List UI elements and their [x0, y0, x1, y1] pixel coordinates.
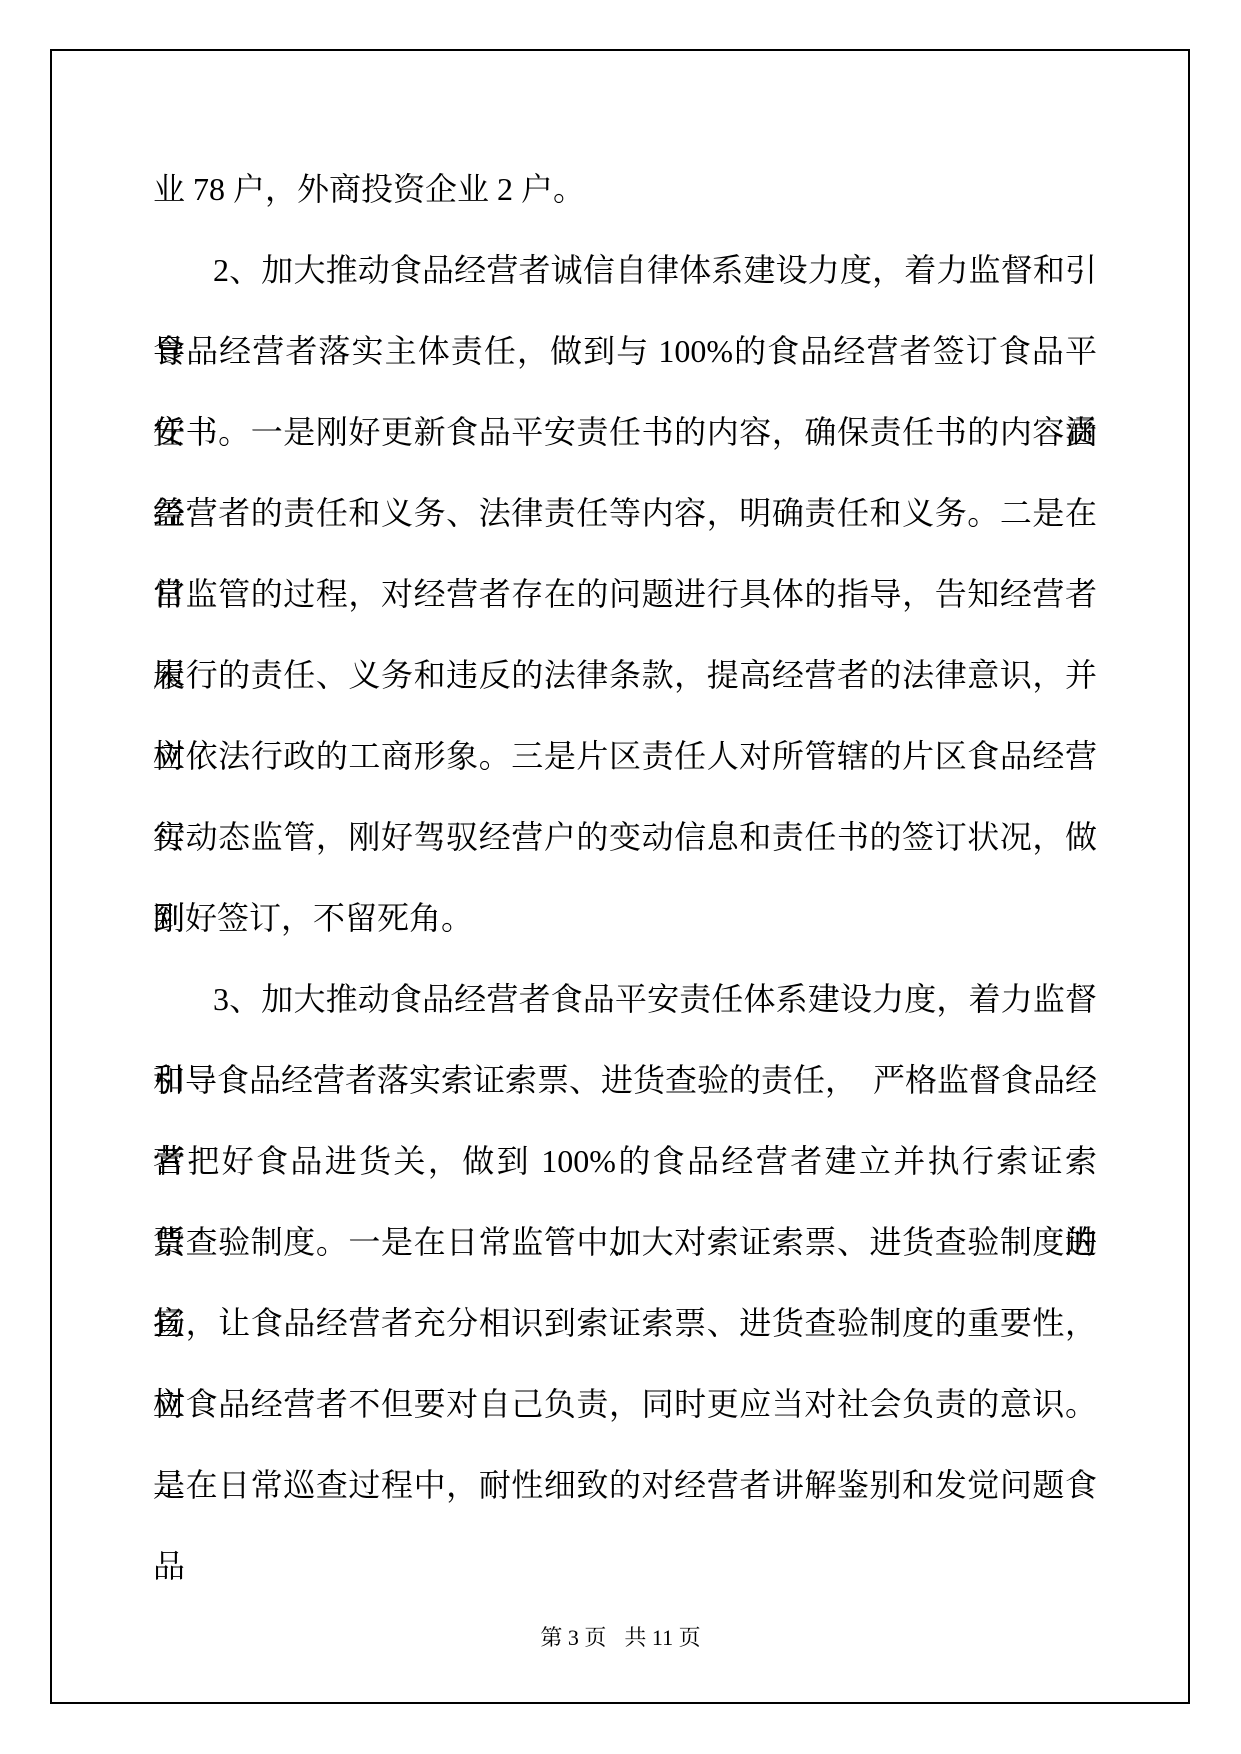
document-body: 业 78 户，外商投资企业 2 户。2、加大推动食品经营者诚信自律体系建设力度，…	[153, 149, 1097, 1526]
page-footer: 第 3 页 共 11 页	[0, 1624, 1241, 1652]
text-line: 食品经营者落实主体责任，做到与 100%的食品经营者签订食品平安责	[153, 311, 1097, 392]
text-line: 常监管的过程，对经营者存在的问题进行具体的指导，告知经营者未	[153, 554, 1097, 635]
text-line: 者把好食品进货关，做到 100%的食品经营者建立并执行索证索票、进	[153, 1121, 1097, 1202]
text-line: 履行的责任、义务和违反的法律条款，提高经营者的法律意识，并树	[153, 635, 1097, 716]
text-line: 业 78 户，外商投资企业 2 户。	[153, 149, 1097, 230]
text-line: 行动态监管，刚好驾驭经营户的变动信息和责任书的签订状况，做到	[153, 797, 1097, 878]
text-line: 立食品经营者不但要对自己负责，同时更应当对社会负责的意识。二	[153, 1364, 1097, 1445]
page-number-total: 共 11 页	[624, 1624, 700, 1652]
text-line: 引导食品经营者落实索证索票、进货查验的责任， 严格监督食品经营	[153, 1040, 1097, 1121]
text-line: 是在日常巡查过程中，耐性细致的对经营者讲解鉴别和发觉问题食品	[153, 1445, 1097, 1526]
text-line: 货查验制度。一是在日常监管中加大对索证索票、进货查验制度的宣	[153, 1202, 1097, 1283]
page-number-current: 第 3 页	[540, 1624, 606, 1652]
text-line: 立依法行政的工商形象。三是片区责任人对所管辖的片区食品经营实	[153, 716, 1097, 797]
text-line: 3、加大推动食品经营者食品平安责任体系建设力度，着力监督和	[153, 959, 1097, 1040]
text-line: 经营者的责任和义务、法律责任等内容，明确责任和义务。二是在日	[153, 473, 1097, 554]
text-line: 2、加大推动食品经营者诚信自律体系建设力度，着力监督和引导	[153, 230, 1097, 311]
text-line: 扬，让食品经营者充分相识到索证索票、进货查验制度的重要性，树	[153, 1283, 1097, 1364]
document-page: 业 78 户，外商投资企业 2 户。2、加大推动食品经营者诚信自律体系建设力度，…	[0, 0, 1241, 1754]
text-line: 刚好签订，不留死角。	[153, 878, 1097, 959]
text-line: 任书。一是刚好更新食品平安责任书的内容，确保责任书的内容涵盖	[153, 392, 1097, 473]
